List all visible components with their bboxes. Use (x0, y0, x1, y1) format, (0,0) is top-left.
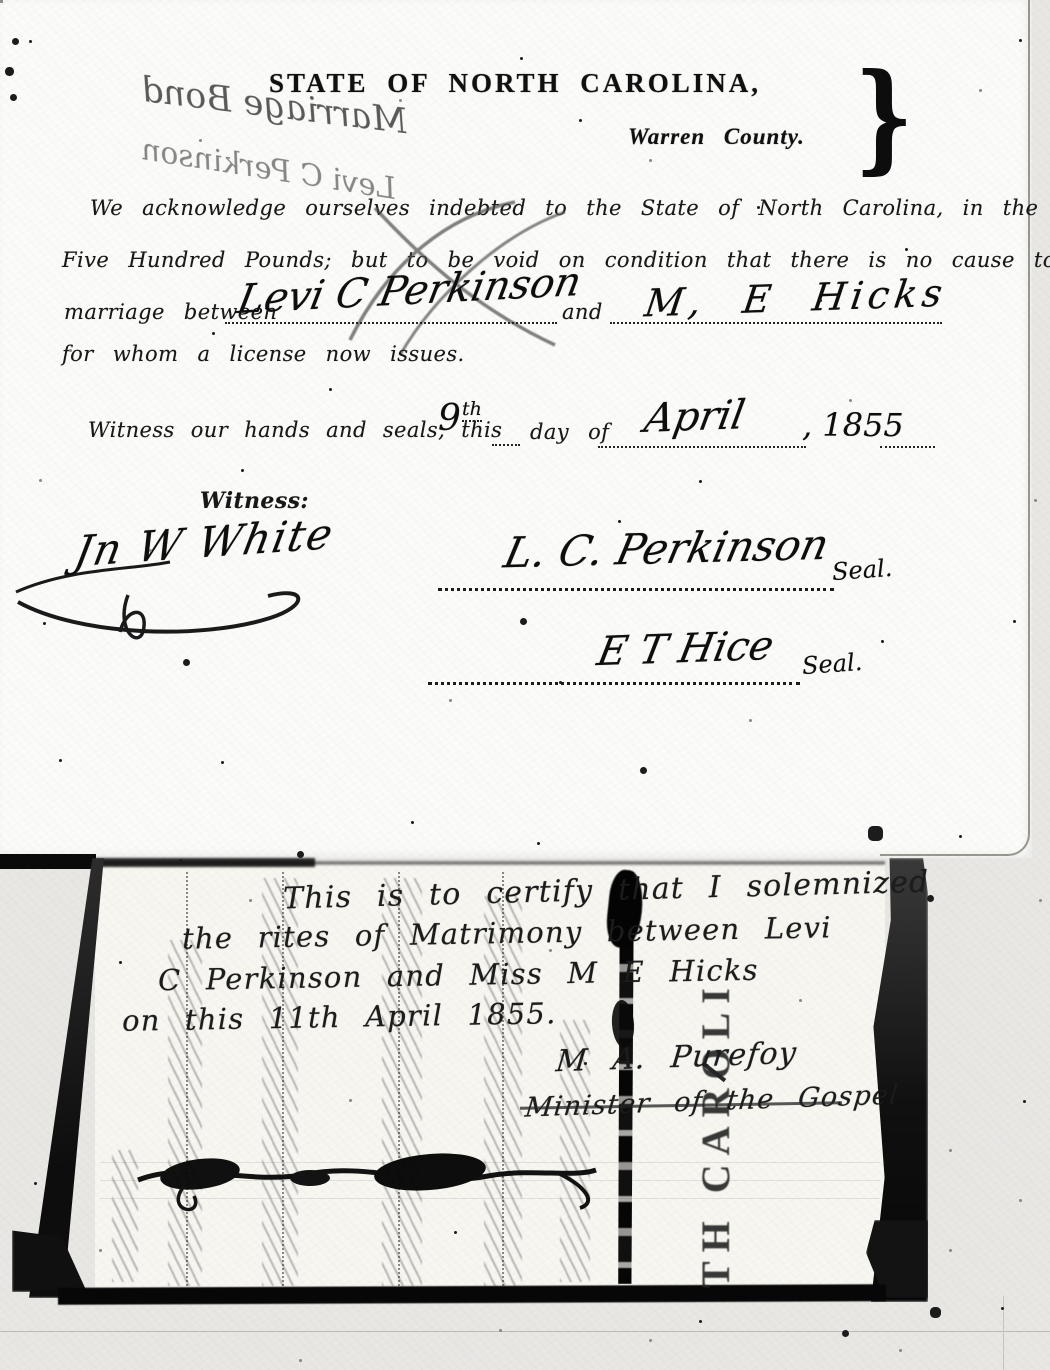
day-handwritten: 9 (438, 398, 461, 439)
day-suffix-handwritten: th (462, 398, 482, 422)
margin-line-vertical (1003, 1296, 1004, 1370)
certificate-line-4: on this 11th April 1855. (122, 996, 557, 1038)
witness-label: Witness: (200, 488, 309, 514)
certificate-line-1: This is to certify that I solemnized (283, 865, 930, 917)
corner-shade-right (866, 1220, 928, 1298)
scan-edge-bar (0, 854, 96, 869)
corner-shade-left (12, 1228, 108, 1292)
ink-specks-dark (0, 0, 3, 3)
month-handwritten: April (641, 392, 748, 442)
dot-run-2 (880, 446, 935, 448)
minister-title: Minister of the Gospel (523, 1079, 900, 1123)
year-handwritten: , 1855 (802, 406, 904, 444)
certificate-page-top-edge (95, 861, 885, 865)
certificate-line-2: the rites of Matrimony between Levi (182, 910, 832, 955)
scanned-marriage-bond-document: { "scan": { "colors": { "paper": "#fbfbf… (0, 0, 1050, 1370)
scrawl-strikeout (128, 1128, 608, 1223)
bride-name-handwritten: M, E Hicks (642, 271, 950, 326)
and-label: and (562, 300, 603, 324)
license-line: for whom a license now issues. (62, 342, 465, 366)
county-name: Warren County. (628, 124, 805, 150)
faint-rule (100, 1198, 880, 1199)
principal-seal-label: Seal. (831, 554, 893, 586)
minister-signature: M A. Purefoy (554, 1036, 799, 1080)
surety-seal-label: Seal. (801, 648, 863, 680)
principal-signature-line (438, 588, 834, 591)
certificate-page-top-edge-dark (95, 858, 315, 867)
faint-rule (100, 1180, 880, 1181)
ghost-hatch-column (112, 1150, 138, 1282)
ghost-hatch-column (484, 896, 522, 1286)
margin-line (0, 1331, 1050, 1332)
month-line (598, 446, 806, 448)
brace-glyph: } (854, 58, 913, 176)
page-shadow-left (22, 858, 110, 1298)
faint-rule (100, 1162, 880, 1163)
surety-signature: E T Hice (594, 623, 778, 675)
witness-signature: Jn W White (70, 509, 338, 577)
page-bottom-bar (58, 1284, 886, 1305)
dot-run-1 (492, 444, 520, 446)
oath-line-1: We acknowledge ourselves indebted to the… (90, 196, 1050, 220)
certificate-line-3: C Perkinson and Miss M E Hicks (158, 953, 759, 997)
day-of-label: day of (530, 420, 609, 444)
principal-signature: L. C. Perkinson (500, 520, 834, 578)
ink-specks-gray (0, 0, 3, 3)
surety-signature-line (428, 682, 800, 685)
